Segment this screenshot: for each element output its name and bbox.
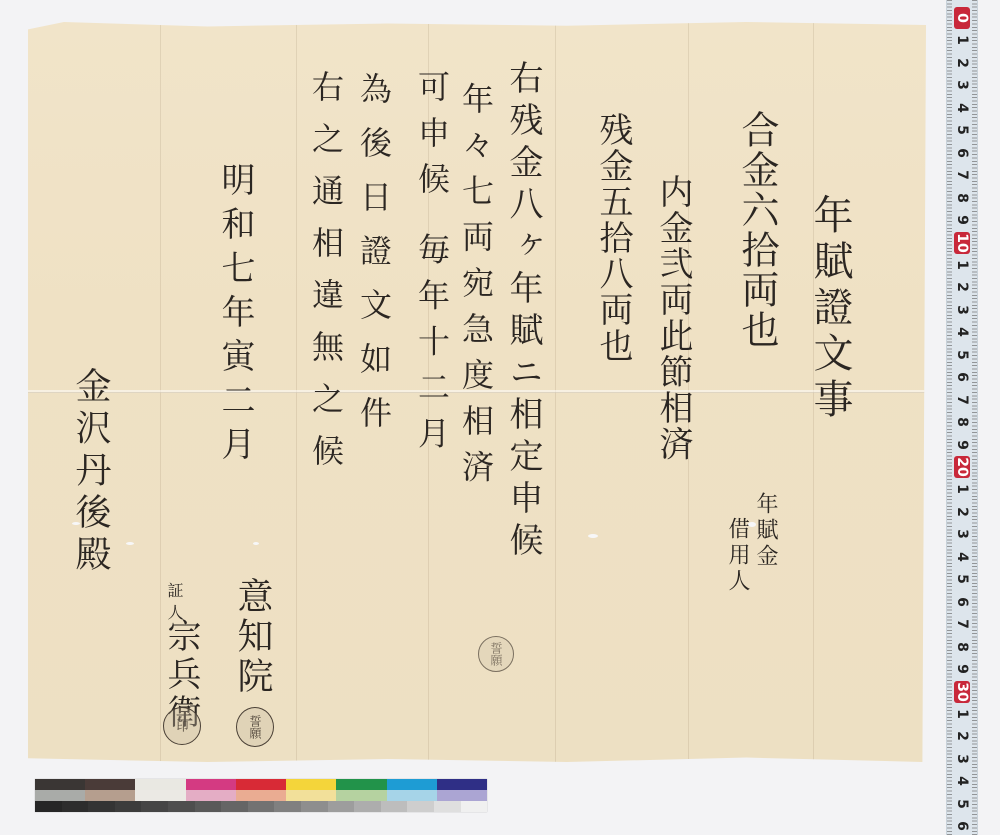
paper-hole	[253, 542, 259, 545]
color-chart-mid-row	[35, 790, 487, 801]
color-swatch	[407, 801, 434, 812]
body-line: 右残金八ヶ年賦ニ相定申候	[506, 60, 540, 564]
remainder-line: 残金五拾八両也	[596, 112, 630, 364]
color-swatch	[328, 801, 355, 812]
color-swatch	[186, 790, 236, 801]
signatory-name: 意知院	[234, 577, 270, 697]
color-swatch	[195, 801, 222, 812]
color-swatch	[35, 801, 62, 812]
color-swatch	[354, 801, 381, 812]
color-swatch	[437, 779, 487, 790]
document-title: 年賦證文事	[810, 194, 850, 424]
color-swatch	[85, 779, 135, 790]
annotation-line: 借用人	[726, 517, 748, 595]
seal-stamp: 印	[163, 707, 201, 745]
annotation-line: 年賦金	[754, 492, 776, 570]
color-swatch	[135, 779, 185, 790]
paper-hole	[126, 542, 134, 545]
color-swatch	[437, 790, 487, 801]
ruler-label: 9	[954, 654, 970, 684]
color-swatch	[115, 801, 142, 812]
document-date: 明和七年寅二月	[218, 162, 252, 470]
body-line: 為後日證文如件	[358, 72, 390, 450]
addressee: 金沢丹後殿	[72, 367, 108, 577]
color-swatch	[236, 779, 286, 790]
color-swatch	[274, 801, 301, 812]
ruler-label: 9	[954, 205, 970, 235]
color-swatch	[168, 801, 195, 812]
color-swatch	[336, 790, 386, 801]
color-swatch	[381, 801, 408, 812]
body-line: 可申候 毎年十二月	[416, 70, 448, 462]
body-line: 右之通相違無之候	[310, 70, 342, 486]
color-swatch	[387, 779, 437, 790]
paper-hole	[72, 522, 80, 525]
color-swatch	[336, 779, 386, 790]
ruler-label: 6	[954, 811, 970, 835]
color-swatch	[301, 801, 328, 812]
paid-line: 内金弐両此節相済	[656, 174, 690, 462]
color-swatch	[286, 779, 336, 790]
color-swatch	[186, 779, 236, 790]
color-swatch	[461, 801, 488, 812]
color-swatch	[88, 801, 115, 812]
color-swatch	[135, 790, 185, 801]
color-swatch	[221, 801, 248, 812]
color-swatch	[248, 801, 275, 812]
color-chart-top-row	[35, 779, 487, 790]
seal-stamp: 誓願	[236, 707, 274, 747]
seal-stamp: 誓願	[478, 636, 514, 672]
measuring-ruler: 0123456789101234567892012345678930123456	[946, 0, 978, 835]
color-swatch	[286, 790, 336, 801]
color-swatch	[35, 779, 85, 790]
color-swatch	[85, 790, 135, 801]
paper-hole	[588, 534, 598, 538]
color-swatch	[236, 790, 286, 801]
color-swatch	[62, 801, 89, 812]
color-swatch	[35, 790, 85, 801]
color-swatch	[434, 801, 461, 812]
amount-line: 合金六拾両也	[738, 110, 776, 350]
body-line: 年々七両宛急度相済	[460, 82, 492, 496]
color-chart-gray-row	[35, 801, 487, 812]
document-paper: 年賦證文事 合金六拾両也 内金弐両此節相済 残金五拾八両也 右残金八ヶ年賦ニ相定…	[28, 22, 926, 762]
color-swatch	[141, 801, 168, 812]
color-swatch	[387, 790, 437, 801]
paper-hole	[748, 522, 756, 527]
color-calibration-chart	[35, 779, 487, 812]
